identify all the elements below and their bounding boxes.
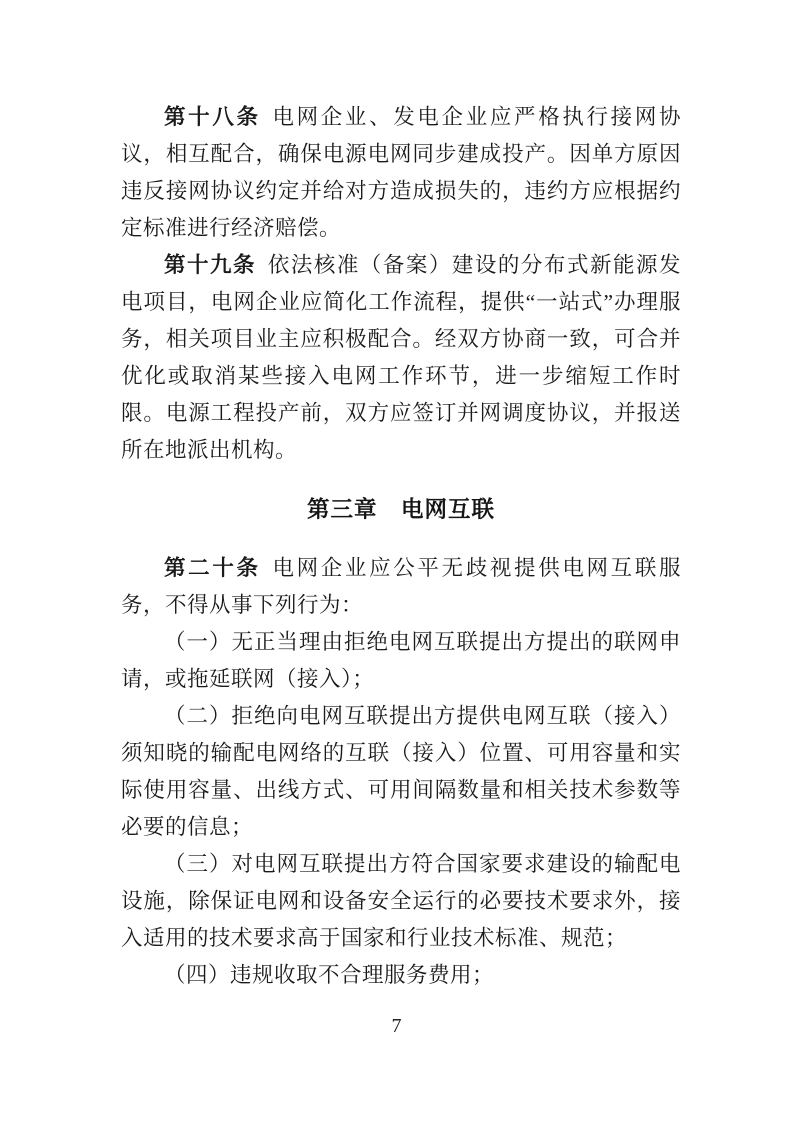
document-page: 第十八条电网企业、发电企业应严格执行接网协议，相互配合，确保电源电网同步建成投产… <box>0 0 793 1122</box>
article-19-paragraph: 第十九条依法核准（备案）建设的分布式新能源发电项目，电网企业应简化工作流程，提供… <box>121 247 681 469</box>
article-18-paragraph: 第十八条电网企业、发电企业应严格执行接网协议，相互配合，确保电源电网同步建成投产… <box>121 99 681 247</box>
article-19-number: 第十九条 <box>164 253 256 277</box>
text-block: 第十八条电网企业、发电企业应严格执行接网协议，相互配合，确保电源电网同步建成投产… <box>121 99 681 994</box>
article-20-number: 第二十条 <box>164 556 261 580</box>
article-18-number: 第十八条 <box>164 105 261 129</box>
chapter-heading: 第三章 电网互联 <box>121 491 681 528</box>
article-19-text: 依法核准（备案）建设的分布式新能源发电项目，电网企业应简化工作流程，提供“一站式… <box>121 253 681 462</box>
article-20-paragraph: 第二十条电网企业应公平无歧视提供电网互联服务，不得从事下列行为： <box>121 550 681 624</box>
list-item-2: （二）拒绝向电网互联提出方提供电网互联（接入）须知晓的输配电网络的互联（接入）位… <box>121 698 681 846</box>
list-item-4: （四）违规收取不合理服务费用； <box>121 957 681 994</box>
list-item-3: （三）对电网互联提出方符合国家要求建设的输配电设施，除保证电网和设备安全运行的必… <box>121 846 681 957</box>
list-item-1: （一）无正当理由拒绝电网互联提出方提出的联网申请，或拖延联网（接入）； <box>121 624 681 698</box>
page-number: 7 <box>0 1012 793 1040</box>
